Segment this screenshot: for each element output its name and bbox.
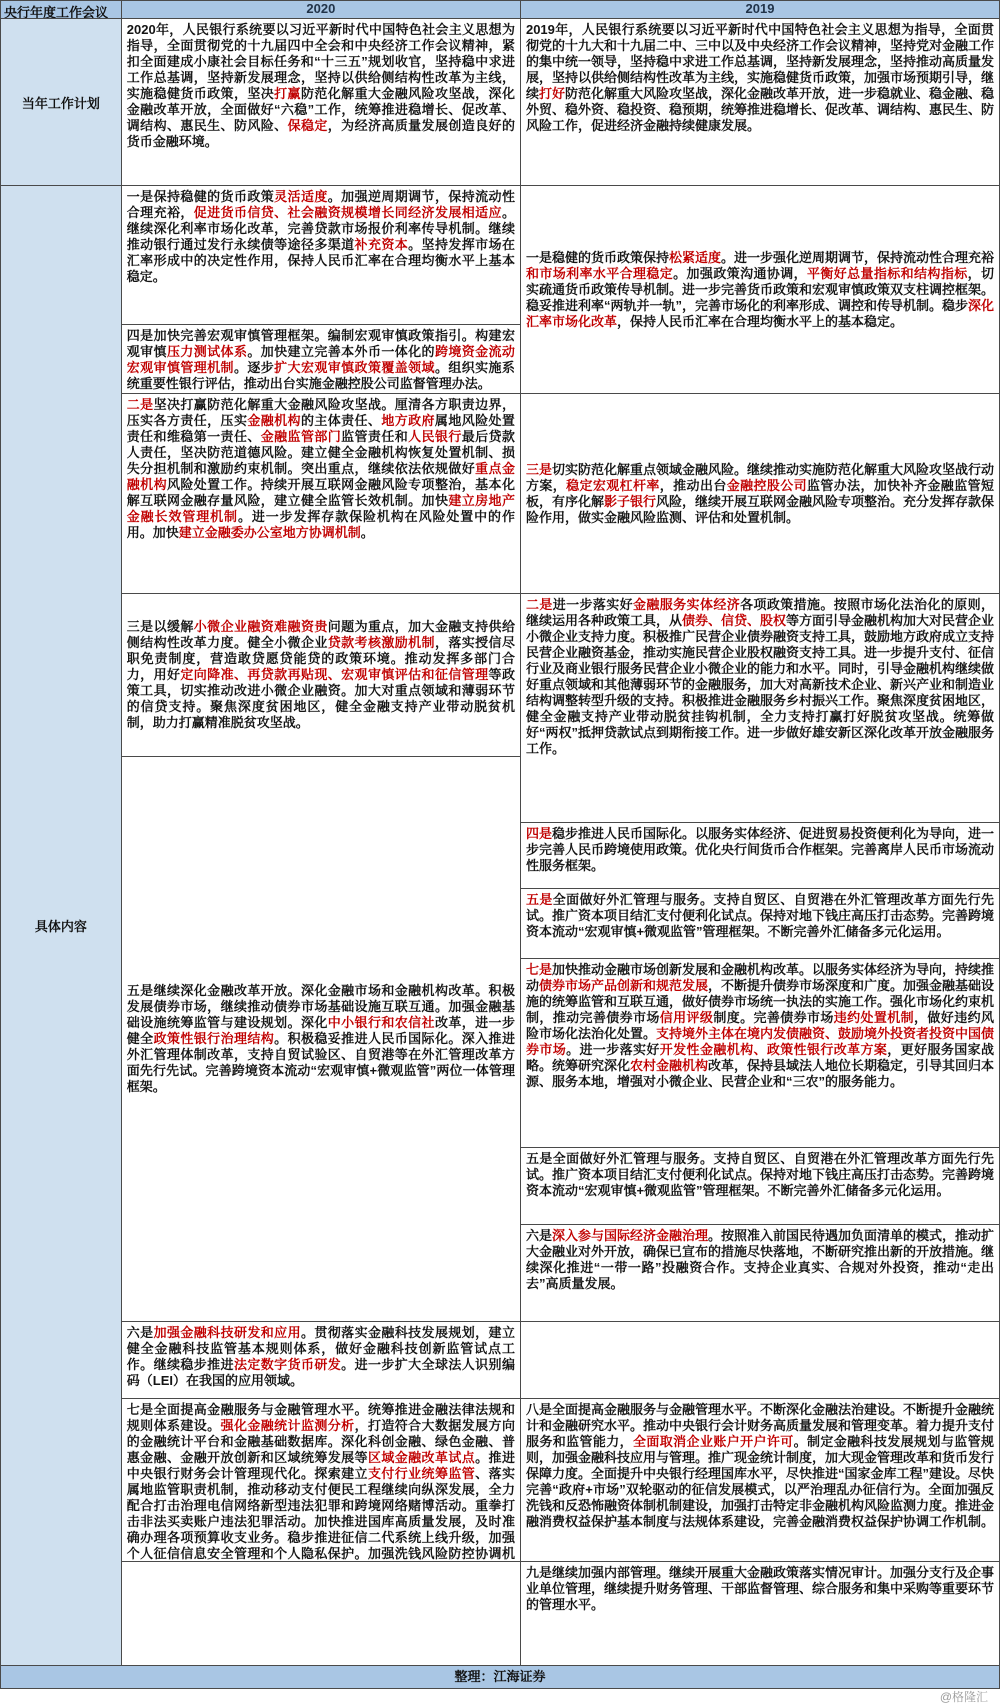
plan-2020-column: 2020年，人民银行系统要以习近平新时代中国特色社会主义思想为指导，全面贯彻党的… bbox=[121, 19, 520, 185]
detail-2019-item-service-management: 八是全面提高金融服务与金融管理水平。不断深化金融法治建设。不断提升金融统计和金融… bbox=[521, 1398, 999, 1561]
detail-2020-item-macroprudential: 四是加快完善宏观审慎管理框架。编制宏观审慎政策指引。构建宏观审慎压力测试体系。加… bbox=[122, 324, 520, 393]
detail-2019-item-market-innovation: 七是加快推动金融市场创新发展和金融机构改革。以服务实体经济为导向，持续推动债券市… bbox=[521, 958, 999, 1147]
detail-2020-item-risk-battle: 二是坚决打赢防范化解重大金融风险攻坚战。厘清各方职责边界，压实各方责任，压实金融… bbox=[122, 393, 520, 593]
detail-2020-item-small-business: 三是以缓解小微企业融资难融资贵问题为重点，加大金融支持供给侧结构性改革力度。健全… bbox=[122, 593, 520, 756]
detail-row: 具体内容 一是保持稳健的货币政策灵活适度。加强逆周期调节，保持流动性合理充裕，促… bbox=[1, 186, 999, 1666]
detail-2020-item-monetary-policy: 一是保持稳健的货币政策灵活适度。加强逆周期调节，保持流动性合理充裕，促进货币信贷… bbox=[122, 186, 520, 324]
plan-2019-column: 2019年，人民银行系统要以习近平新时代中国特色社会主义思想为指导，全面贯彻党的… bbox=[520, 19, 999, 185]
detail-2020-item-reform-opening: 五是继续深化金融改革开放。深化金融市场和金融机构改革。积极发展债券市场，继续推动… bbox=[122, 756, 520, 1321]
annual-plan-row: 当年工作计划 2020年，人民银行系统要以习近平新时代中国特色社会主义思想为指导… bbox=[1, 19, 999, 186]
detail-2019-column: 一是稳健的货币政策保持松紧适度。进一步强化逆周期调节，保持流动性合理充裕和市场利… bbox=[520, 186, 999, 1665]
detail-2019-item-forex-management-2: 五是全面做好外汇管理与服务。支持自贸区、自贸港在外汇管理改革方面先行先试。推广资… bbox=[521, 1147, 999, 1224]
detail-2020-item-empty bbox=[122, 1561, 520, 1666]
header-corner-label: 央行年度工作会议 bbox=[1, 1, 121, 18]
source-attribution: 整理：江海证券 bbox=[1, 1666, 999, 1688]
column-header-2020: 2020 bbox=[121, 1, 520, 18]
detail-2019-item-internal-management: 九是继续加强内部管理。继续开展重大金融政策落实情况审计。加强分支行及企事业单位管… bbox=[521, 1561, 999, 1666]
document-page: 央行年度工作会议 2020 2019 当年工作计划 2020年，人民银行系统要以… bbox=[0, 0, 1000, 1705]
table-header-row: 央行年度工作会议 2020 2019 bbox=[1, 1, 999, 19]
plan-2020-cell: 2020年，人民银行系统要以习近平新时代中国特色社会主义思想为指导，全面贯彻党的… bbox=[122, 19, 520, 186]
row-label-detail: 具体内容 bbox=[1, 186, 121, 1665]
detail-2019-item-forex-management: 五是全面做好外汇管理与服务。支持自贸区、自贸港在外汇管理改革方面先行先试。推广资… bbox=[521, 888, 999, 958]
detail-2020-item-fintech: 六是加强金融科技研发和应用。贯彻落实金融科技发展规划，建立健全金融科技监管基本规… bbox=[122, 1321, 520, 1398]
detail-2019-item-global-governance: 六是深入参与国际经济金融治理。按照准入前国民待遇加负面清单的模式，推动扩大金融业… bbox=[521, 1224, 999, 1321]
detail-2019-item-risk-prevention: 三是切实防范化解重点领域金融风险。继续推动实施防范化解重大风险攻坚战行动方案，稳… bbox=[521, 393, 999, 593]
comparison-table: 央行年度工作会议 2020 2019 当年工作计划 2020年，人民银行系统要以… bbox=[0, 0, 1000, 1689]
detail-2019-item-real-economy: 二是进一步落实好金融服务实体经济各项政策措施。按照市场化法治化的原则，继续运用各… bbox=[521, 593, 999, 822]
plan-2019-cell: 2019年，人民银行系统要以习近平新时代中国特色社会主义思想为指导，全面贯彻党的… bbox=[521, 19, 999, 186]
column-header-2019: 2019 bbox=[520, 1, 999, 18]
detail-2019-item-empty bbox=[521, 1321, 999, 1398]
detail-2020-item-service-management: 七是全面提高金融服务与金融管理水平。统筹推进金融法律法规和规则体系建设。强化金融… bbox=[122, 1398, 520, 1561]
row-label-annual-plan: 当年工作计划 bbox=[1, 19, 121, 185]
detail-2019-item-monetary-policy: 一是稳健的货币政策保持松紧适度。进一步强化逆周期调节，保持流动性合理充裕和市场利… bbox=[521, 186, 999, 393]
detail-2020-column: 一是保持稳健的货币政策灵活适度。加强逆周期调节，保持流动性合理充裕，促进货币信贷… bbox=[121, 186, 520, 1665]
detail-2019-item-rmb-internationalization: 四是稳步推进人民币国际化。以服务实体经济、促进贸易投资便利化为导向，进一步完善人… bbox=[521, 822, 999, 888]
watermark: @格隆汇 bbox=[0, 1689, 1000, 1705]
